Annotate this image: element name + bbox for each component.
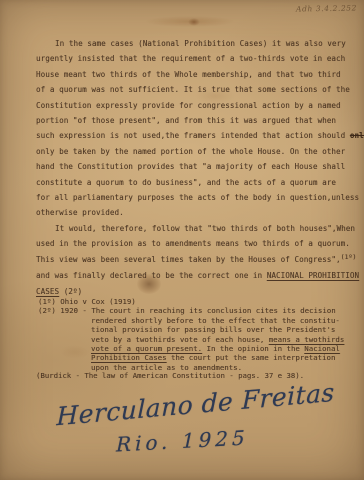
archive-code: Adh 3.4.2.252 [296,3,357,13]
typed-line: and was finally declared to be the corre… [36,268,358,283]
typed-line: It would, therefore, follow that "two th… [36,221,358,236]
document-page: Adh 3.4.2.252 In the same cases (Nationa… [0,0,364,480]
typed-line: House meant two thirds of the Whole memb… [36,67,358,82]
typed-line: only be taken by the named portion of th… [36,144,358,159]
typed-line: (2º) 1920 - The court in reaching its co… [38,306,356,315]
typed-line: tional provision for passing bills over … [38,325,356,334]
signature-name: Herculano de Freitas [56,378,335,431]
footnotes: (1º) Ohio v Cox (1919)(2º) 1920 - The co… [38,297,356,372]
typed-line: such expression is not used,the framers … [36,128,358,143]
typed-line: rendered shortly before to the effect th… [38,316,356,325]
typed-line: for all parliamentary purposes the acts … [36,190,358,205]
typed-line: Constitution expressly provide for congr… [36,98,358,113]
typed-line: otherwise provided. [36,205,358,220]
paper-stain [146,16,234,27]
typed-line: constitute a quorum to do business", and… [36,175,358,190]
typed-text: In the same cases (National Prohibition … [36,36,358,299]
typed-line: (1º) Ohio v Cox (1919) [38,297,356,306]
typed-line: This view was been several times taken b… [36,252,358,268]
typed-line: veto by a twothirds vote of each house, … [38,335,356,344]
typed-line: hand the Constitution provides that "a m… [36,159,358,174]
signature-place-date: Rio. 1925 [116,425,249,456]
typed-line: of a quorum was not sufficient. It is tr… [36,82,358,97]
paper-stain [188,18,200,26]
typed-line: Prohibition Cases the court put the same… [38,353,356,362]
typed-line: used in the provision as to amendments m… [36,236,358,251]
typed-line: urgently insisted that the requirement o… [36,51,358,66]
typed-line: portion "of those present", and from thi… [36,113,358,128]
typed-line: In the same cases (National Prohibition … [36,36,358,51]
typed-line: vote of a quorum present. In the opinion… [38,344,356,353]
